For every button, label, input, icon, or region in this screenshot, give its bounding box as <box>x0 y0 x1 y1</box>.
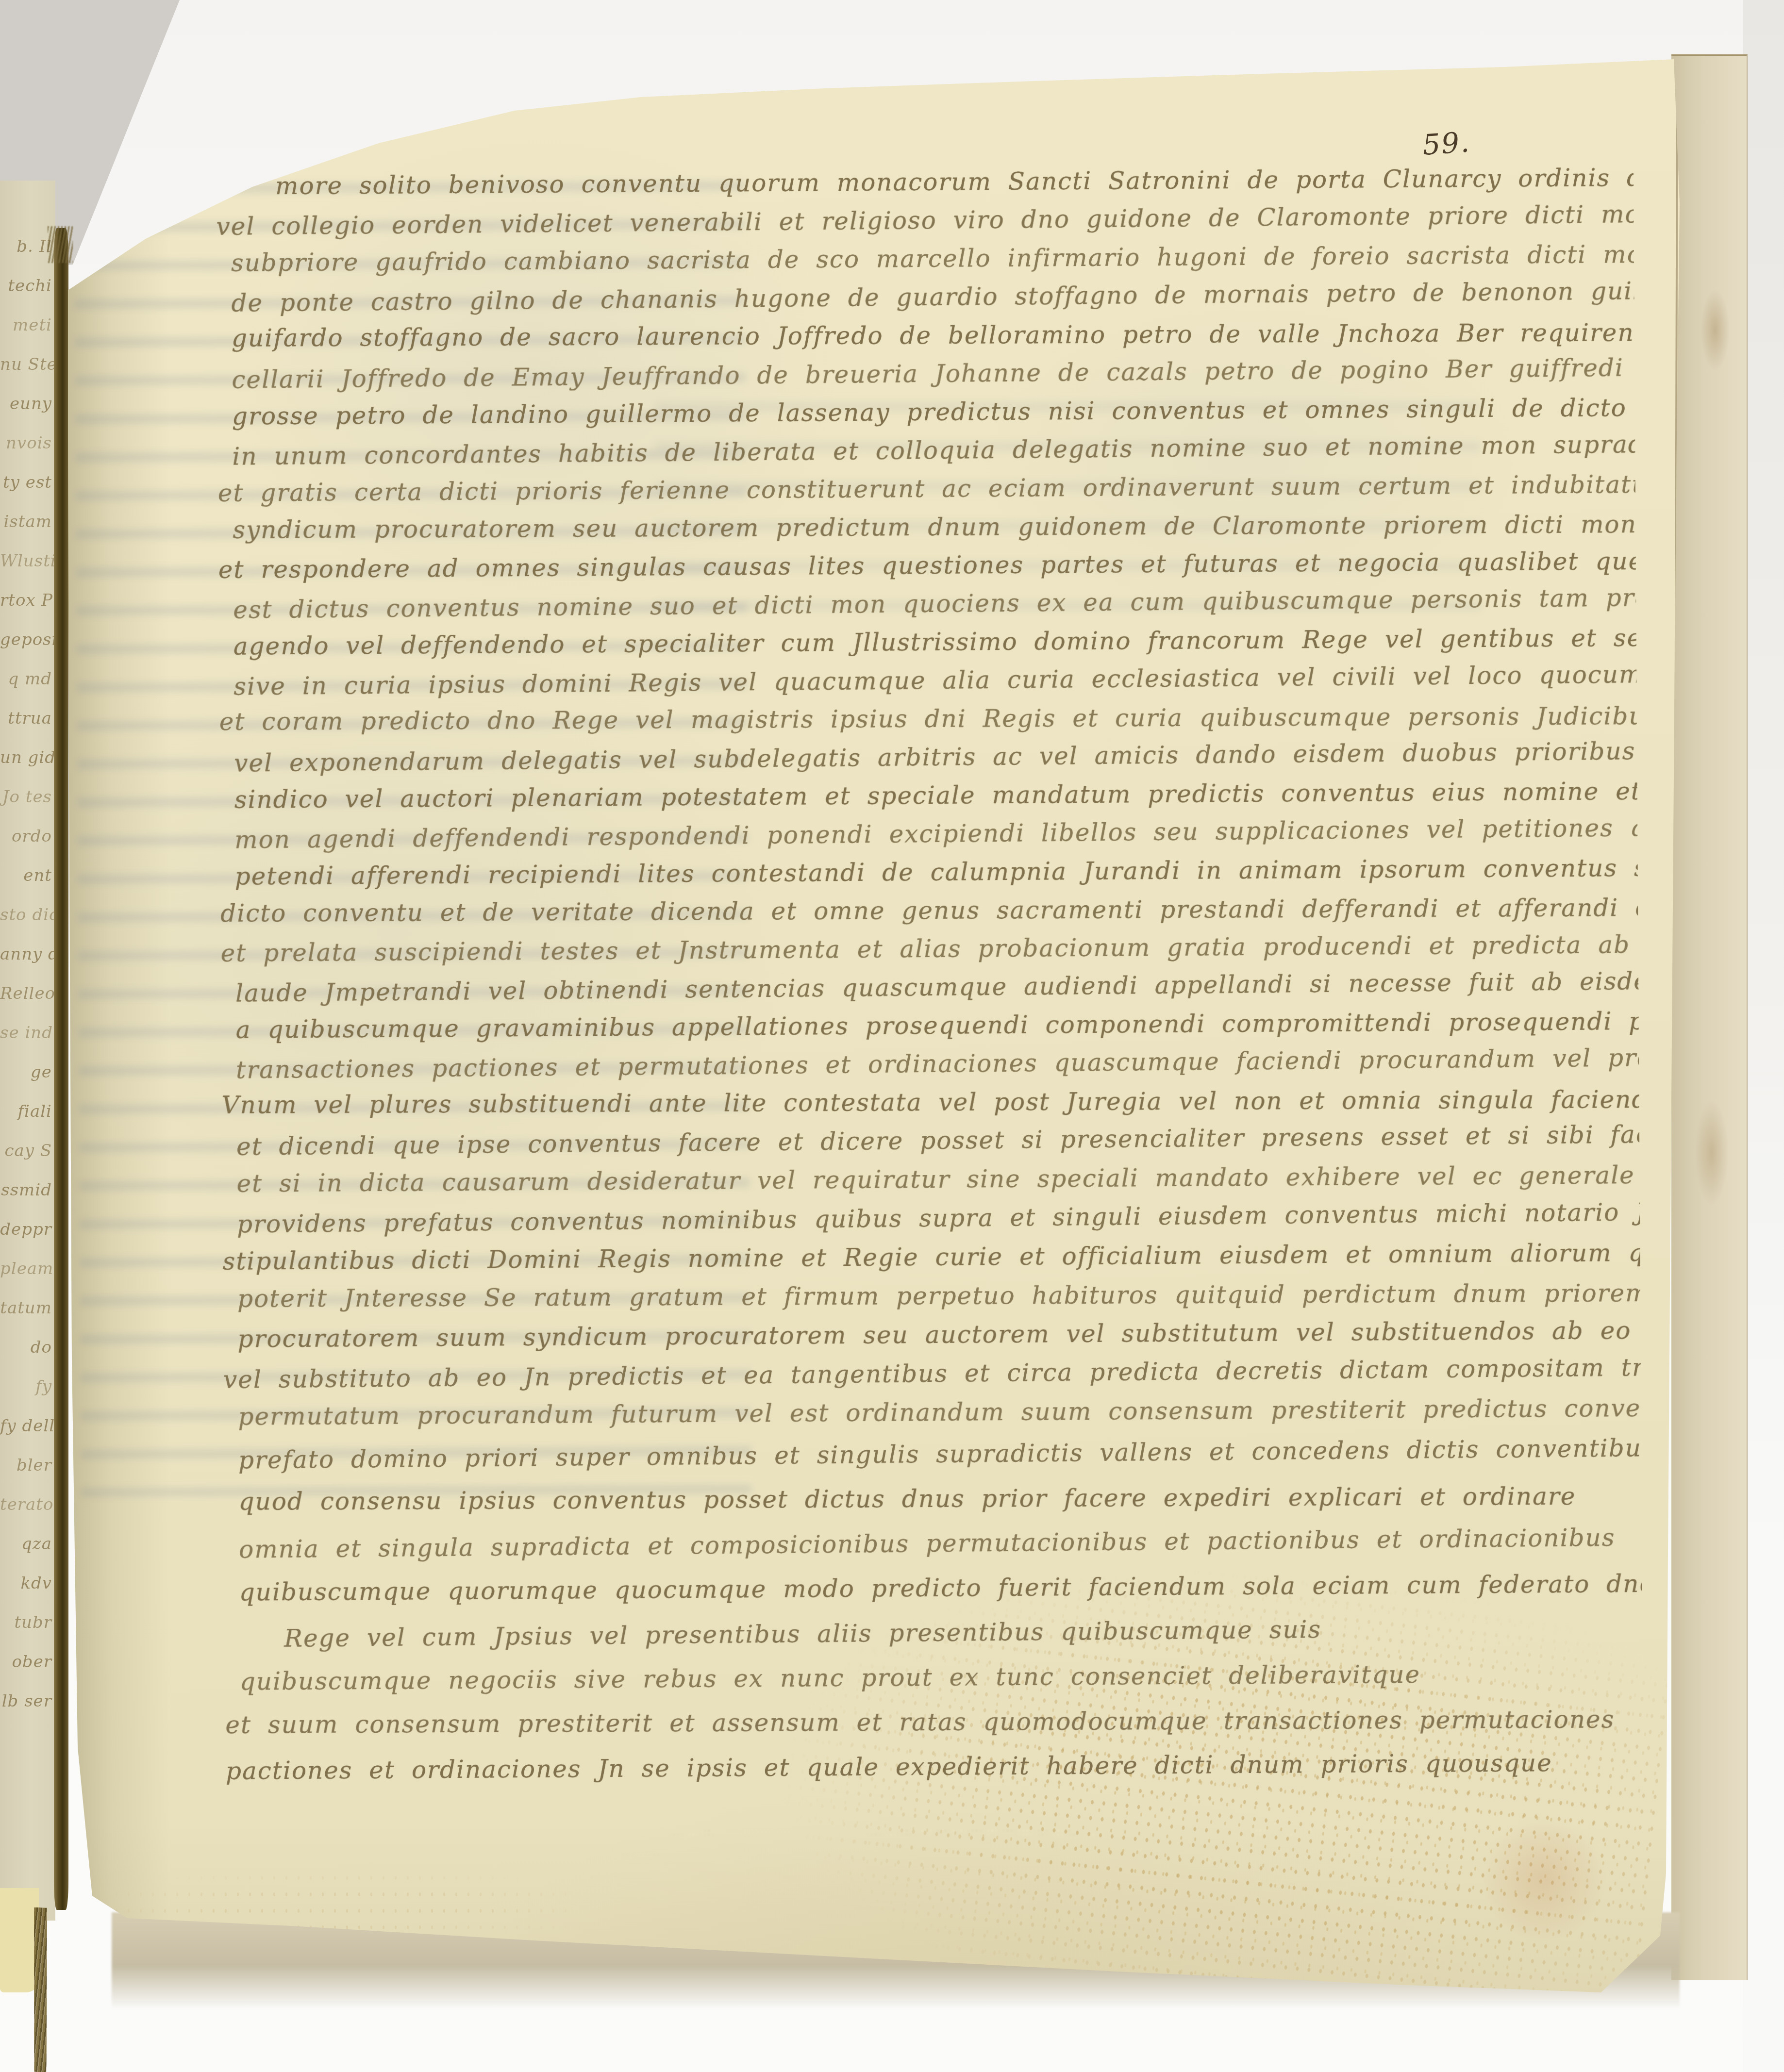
facing-page-text-fragments: b. Il techi meti nu Ste euny nvois ty es… <box>0 227 54 1721</box>
fragment-line: bler <box>0 1446 54 1485</box>
text-line: et suum consensum prestiterit et assensu… <box>225 1697 1643 1747</box>
fragment-line: fy dell <box>0 1407 54 1446</box>
fragment-line: ober <box>0 1642 54 1682</box>
text-line: quibuscumque negociis sive rebus ex nunc… <box>225 1651 1643 1704</box>
fragment-line: se ind <box>0 1013 54 1053</box>
backdrop-right-shading <box>1743 0 1784 2072</box>
fragment-line: cay S <box>0 1131 54 1171</box>
fragment-line: ttrua <box>0 699 54 738</box>
text-line: pactiones et ordinaciones Jn se ipsis et… <box>226 1740 1644 1793</box>
fragment-line: tatum <box>0 1289 54 1328</box>
fragment-line: nu Ste <box>0 345 54 384</box>
edge-stain <box>1695 1099 1729 1206</box>
parchment-stain <box>1481 1815 1607 1941</box>
fragment-line: tubr <box>0 1603 54 1642</box>
binding-gutter <box>54 228 68 1910</box>
manuscript-photo: { "page": { "folio_number": "59.", "line… <box>0 0 1784 2072</box>
fragment-line: un gidil <box>0 738 54 778</box>
text-line: dicto conventu et de veritate dicenda et… <box>220 889 1638 933</box>
fragment-line: rtox Pi <box>0 581 54 620</box>
fragment-line: techi <box>0 266 54 306</box>
text-line: poterit Jnteresse Se ratum gratum et fir… <box>223 1274 1640 1318</box>
edge-stain <box>1701 289 1730 371</box>
folio-number: 59. <box>1421 122 1520 162</box>
text-line: syndicum procuratorem seu auctorem predi… <box>218 505 1635 549</box>
fragment-line: terato <box>0 1485 54 1525</box>
fragment-line: do <box>0 1328 54 1367</box>
fragment-line: anny de <box>0 935 54 974</box>
facing-page-curl <box>0 1888 39 1992</box>
fragment-line: nvois <box>0 424 54 463</box>
text-line: et gratis certa dicti prioris ferienne c… <box>218 465 1635 513</box>
fragment-line: istam <box>0 502 54 542</box>
fragment-line: ge <box>0 1053 54 1092</box>
fragment-line: fiali <box>0 1092 54 1131</box>
fragment-line: ty est <box>0 463 54 502</box>
fragment-line: ssmid <box>0 1171 54 1210</box>
binding-fray-top <box>48 226 73 263</box>
fragment-line: pleam <box>0 1249 54 1289</box>
fragment-line: ordo <box>0 817 54 856</box>
fragment-line: Wlusti <box>0 542 54 581</box>
fragment-line: ent <box>0 856 54 895</box>
page-recto: 59. more solito benivoso conventu quorum… <box>0 0 1784 2072</box>
fragment-line: sto dion <box>0 895 54 935</box>
fragment-line: deppr <box>0 1210 54 1249</box>
fragment-line: q md <box>0 660 54 699</box>
fragment-line: qza <box>0 1525 54 1564</box>
fragment-line: kdv <box>0 1564 54 1603</box>
fragment-line: lb ser <box>0 1682 54 1721</box>
fragment-line: fy <box>0 1367 54 1407</box>
fragment-line: euny <box>0 384 54 424</box>
fragment-line: b. Il <box>0 227 54 266</box>
fragment-line: Jo tes <box>0 778 54 817</box>
underlying-page-edges-right <box>1671 54 1748 1980</box>
manuscript-text-block: more solito benivoso conventu quorum mon… <box>216 159 1643 1793</box>
fragment-line: meti <box>0 306 54 345</box>
fragment-line: Relleoy <box>0 974 54 1013</box>
fragment-line: geposint <box>0 620 54 660</box>
